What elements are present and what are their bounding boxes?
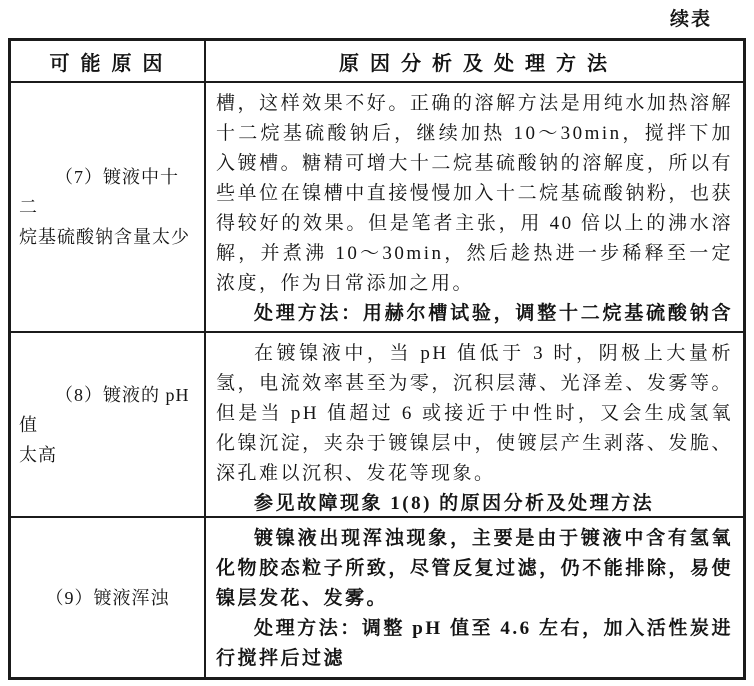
table-row: （9）镀液浑浊 镀镍液出现浑浊现象，主要是由于镀液中含有氢氧化物胶态粒子所致，尽… (11, 518, 743, 677)
table-header-row: 可 能 原 因 原 因 分 析 及 处 理 方 法 (11, 41, 743, 83)
scanned-book-page: 续表 可 能 原 因 原 因 分 析 及 处 理 方 法 （7）镀液中十二 烷基… (0, 0, 754, 686)
cause-text-line: 烷基硫酸钠含量太少 (19, 222, 196, 252)
cause-text-line: 太高 (19, 440, 196, 470)
cause-cell-7: （7）镀液中十二 烷基硫酸钠含量太少 (11, 83, 206, 331)
analysis-cell-8: 在镀镍液中，当 pH 值低于 3 时，阴极上大量析氢，电流效率甚至为零，沉积层薄… (206, 333, 743, 516)
header-analysis-label: 原 因 分 析 及 处 理 方 法 (206, 47, 743, 76)
continued-table-label: 续表 (670, 4, 712, 31)
table-row: （7）镀液中十二 烷基硫酸钠含量太少 槽，这样效果不好。正确的溶解方法是用纯水加… (11, 83, 743, 333)
analysis-cell-7: 槽，这样效果不好。正确的溶解方法是用纯水加热溶解十二烷基硫酸钠后，继续加热 10… (206, 83, 743, 331)
header-cell-cause: 可 能 原 因 (11, 41, 206, 81)
header-cell-analysis: 原 因 分 析 及 处 理 方 法 (206, 41, 743, 81)
analysis-paragraph: 槽，这样效果不好。正确的溶解方法是用纯水加热溶解十二烷基硫酸钠后，继续加热 10… (216, 89, 733, 299)
treatment-paragraph: 处理方法：用赫尔槽试验，调整十二烷基硫酸钠含量 (216, 299, 733, 331)
header-cause-label: 可 能 原 因 (11, 47, 204, 76)
cause-text-line: （7）镀液中十二 (19, 162, 196, 222)
table-row: （8）镀液的 pH 值 太高 在镀镍液中，当 pH 值低于 3 时，阴极上大量析… (11, 333, 743, 518)
cause-cell-9: （9）镀液浑浊 (11, 518, 206, 677)
analysis-paragraph: 在镀镍液中，当 pH 值低于 3 时，阴极上大量析氢，电流效率甚至为零，沉积层薄… (216, 339, 733, 489)
cause-text-line: （8）镀液的 pH 值 (19, 380, 196, 440)
cause-cell-8: （8）镀液的 pH 值 太高 (11, 333, 206, 516)
analysis-cell-9: 镀镍液出现浑浊现象，主要是由于镀液中含有氢氧化物胶态粒子所致，尽管反复过滤，仍不… (206, 518, 743, 677)
reference-paragraph: 参见故障现象 1(8) 的原因分析及处理方法 (216, 489, 733, 516)
treatment-paragraph: 处理方法：调整 pH 值至 4.6 左右，加入活性炭进行搅拌后过滤 (216, 614, 733, 674)
troubleshooting-table: 可 能 原 因 原 因 分 析 及 处 理 方 法 （7）镀液中十二 烷基硫酸钠… (8, 38, 746, 680)
cause-text-line: （9）镀液浑浊 (19, 583, 196, 613)
analysis-paragraph: 镀镍液出现浑浊现象，主要是由于镀液中含有氢氧化物胶态粒子所致，尽管反复过滤，仍不… (216, 524, 733, 614)
